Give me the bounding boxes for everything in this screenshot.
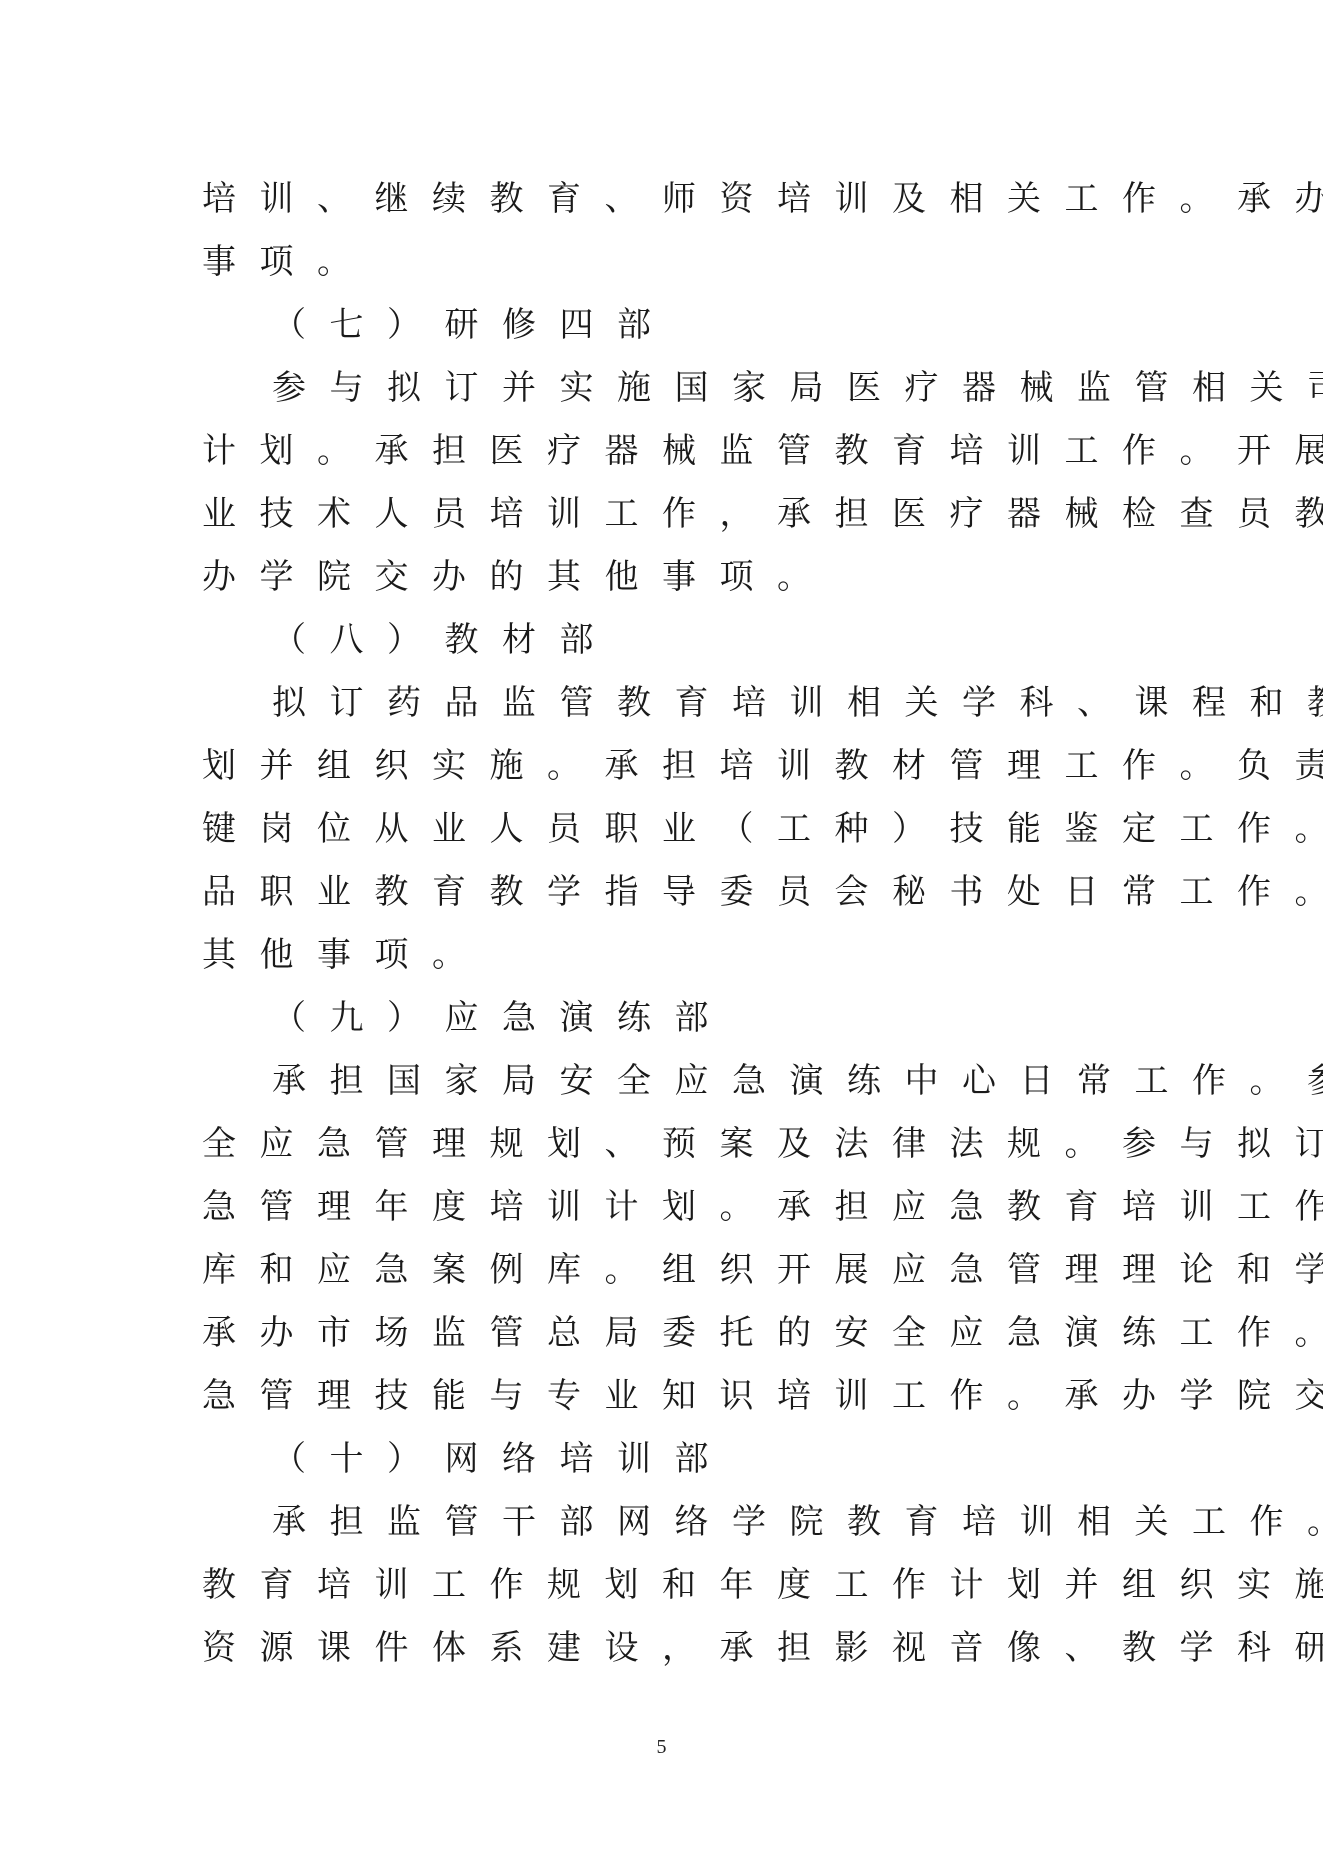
body-line: 教育培训工作规划和年度工作计划并组织实施。负责网络教学 [202, 1554, 1132, 1616]
body-line: 库和应急案例库。组织开展应急管理理论和学术交流等工作。 [202, 1239, 1132, 1301]
body-line: 计划。承担医疗器械监管教育培训工作。开展医疗器械安全专 [202, 420, 1132, 482]
section-heading-8: （八）教材部 [272, 609, 1202, 671]
body-line: 承担国家局安全应急演练中心日常工作。参与拟订药品安 [272, 1050, 1202, 1112]
body-line: 品职业教育教学指导委员会秘书处日常工作。承办学院交办的 [202, 861, 1132, 923]
body-line: 键岗位从业人员职业（工种）技能鉴定工作。承担全国食品药 [202, 798, 1132, 860]
body-line: 参与拟订并实施国家局医疗器械监管相关司局年度培训 [272, 357, 1202, 419]
body-line: 培训、继续教育、师资培训及相关工作。承办学院交办的其他 [202, 168, 1132, 230]
body-line: 急管理年度培训计划。承担应急教育培训工作。建设应急预案 [202, 1176, 1132, 1238]
section-heading-7: （七）研修四部 [272, 294, 1202, 356]
section-heading-10: （十）网络培训部 [272, 1428, 1202, 1490]
body-line: 业技术人员培训工作，承担医疗器械检查员教育培训工作。承 [202, 483, 1132, 545]
body-line: 承办市场监管总局委托的安全应急演练工作。面向社会开展应 [202, 1302, 1132, 1364]
body-line: 急管理技能与专业知识培训工作。承办学院交办的其他事项。 [202, 1365, 1132, 1427]
body-line: 拟订药品监管教育培训相关学科、课程和教材体系建设规 [272, 672, 1202, 734]
body-line: 全应急管理规划、预案及法律法规。参与拟订并实施国家局应 [202, 1113, 1132, 1175]
section-heading-9: （九）应急演练部 [272, 987, 1202, 1049]
page-number: 5 [0, 1736, 1323, 1759]
body-line: 承担监管干部网络学院教育培训相关工作。参与拟订网络 [272, 1491, 1202, 1553]
body-line: 划并组织实施。承担培训教材管理工作。负责食品药品安全关 [202, 735, 1132, 797]
body-line: 其他事项。 [202, 924, 1132, 986]
document-page: 培训、继续教育、师资培训及相关工作。承办学院交办的其他 事项。 （七）研修四部 … [0, 0, 1323, 1871]
body-line: 资源课件体系建设，承担影视音像、教学科研软件、多媒体资 [202, 1617, 1132, 1679]
body-line: 办学院交办的其他事项。 [202, 546, 1132, 608]
body-line: 事项。 [202, 231, 1132, 293]
